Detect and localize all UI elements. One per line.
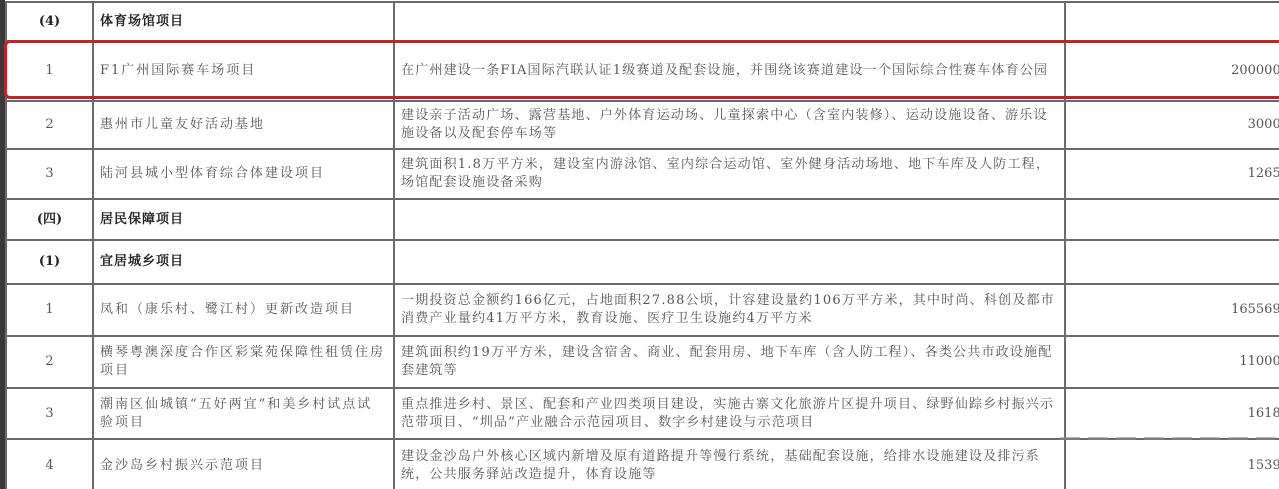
table-row: 3 陆河县城小型体育综合体建设项目 建筑面积1.8万平方米，建设室内游泳馆、室内… <box>6 149 1279 199</box>
project-name: 潮南区仙城镇“五好两宜”和美乡村试点试验项目 <box>93 388 394 439</box>
table-row: 1 凤和（康乐村、鹭江村）更新改造项目 一期投资总金额约166亿元，占地面积27… <box>6 284 1279 336</box>
project-name: 凤和（康乐村、鹭江村）更新改造项目 <box>93 284 394 336</box>
description-cell <box>394 199 1065 240</box>
project-table: (4) 体育场馆项目 1 F1广州国际赛车场项目 在广州建设一条FIA国际汽联认… <box>5 1 1279 489</box>
section-title: 宜居城乡项目 <box>93 240 394 284</box>
row-number: 1 <box>6 284 93 336</box>
table-row: 4 金沙岛乡村振兴示范项目 建设金沙岛户外核心区域内新增及原有道路提升等慢行系统… <box>6 439 1279 489</box>
section-row-resident-security: (四) 居民保障项目 <box>6 199 1279 240</box>
amount-cell <box>1065 240 1279 284</box>
project-name: 横琴粤澳深度合作区彩棠苑保障性租赁住房项目 <box>93 336 394 388</box>
project-description: 一期投资总金额约166亿元，占地面积27.88公顷，计容建设量约106万平方米，… <box>394 284 1065 336</box>
project-amount: 30000 <box>1065 101 1279 149</box>
project-name: 金沙岛乡村振兴示范项目 <box>93 439 394 489</box>
table-row: 3 潮南区仙城镇“五好两宜”和美乡村试点试验项目 重点推进乡村、景区、配套和产业… <box>6 388 1279 439</box>
project-name: 陆河县城小型体育综合体建设项目 <box>93 149 394 199</box>
row-number: 3 <box>6 388 93 439</box>
amount-cell <box>1065 2 1279 41</box>
row-number: 2 <box>6 336 93 388</box>
table-row: 2 横琴粤澳深度合作区彩棠苑保障性租赁住房项目 建筑面积约19万平方米，建设含宿… <box>6 336 1279 388</box>
table-row: 2 惠州市儿童友好活动基地 建设亲子活动广场、露营基地、户外体育运动场、儿童探索… <box>6 101 1279 149</box>
row-number: 4 <box>6 439 93 489</box>
project-description: 在广州建设一条FIA国际汽联认证1级赛道及配套设施，并围绕该赛道建设一个国际综合… <box>394 41 1065 101</box>
description-cell <box>394 240 1065 284</box>
description-cell <box>394 2 1065 41</box>
section-row-sports-venues: (4) 体育场馆项目 <box>6 2 1279 41</box>
table-row-highlighted: 1 F1广州国际赛车场项目 在广州建设一条FIA国际汽联认证1级赛道及配套设施，… <box>6 41 1279 101</box>
project-description: 重点推进乡村、景区、配套和产业四类项目建设，实施古寨文化旅游片区提升项目、绿野仙… <box>394 388 1065 439</box>
project-amount: 12650 <box>1065 149 1279 199</box>
dashed-line-artifact <box>1060 437 1279 440</box>
row-number: 2 <box>6 101 93 149</box>
row-number: (四) <box>6 199 93 240</box>
project-description: 建筑面积约19万平方米，建设含宿舍、商业、配套用房、地下车库（含人防工程）、各类… <box>394 336 1065 388</box>
section-row-livable-urban-rural: (1) 宜居城乡项目 <box>6 240 1279 284</box>
project-name: F1广州国际赛车场项目 <box>93 41 394 101</box>
project-name: 惠州市儿童友好活动基地 <box>93 101 394 149</box>
amount-cell <box>1065 199 1279 240</box>
row-number: 3 <box>6 149 93 199</box>
row-number: 1 <box>6 41 93 101</box>
project-amount: 2000000 <box>1065 41 1279 101</box>
row-number: (4) <box>6 2 93 41</box>
project-description: 建设金沙岛户外核心区域内新增及原有道路提升等慢行系统，基础配套设施，给排水设施建… <box>394 439 1065 489</box>
section-title: 居民保障项目 <box>93 199 394 240</box>
project-amount: 16180 <box>1065 388 1279 439</box>
project-amount: 15390 <box>1065 439 1279 489</box>
row-number: (1) <box>6 240 93 284</box>
project-amount: 110000 <box>1065 336 1279 388</box>
section-title: 体育场馆项目 <box>93 2 394 41</box>
project-amount: 1655698 <box>1065 284 1279 336</box>
project-description: 建设亲子活动广场、露营基地、户外体育运动场、儿童探索中心（含室内装修）、运动设施… <box>394 101 1065 149</box>
project-description: 建筑面积1.8万平方米，建设室内游泳馆、室内综合运动馆、室外健身活动场地、地下车… <box>394 149 1065 199</box>
